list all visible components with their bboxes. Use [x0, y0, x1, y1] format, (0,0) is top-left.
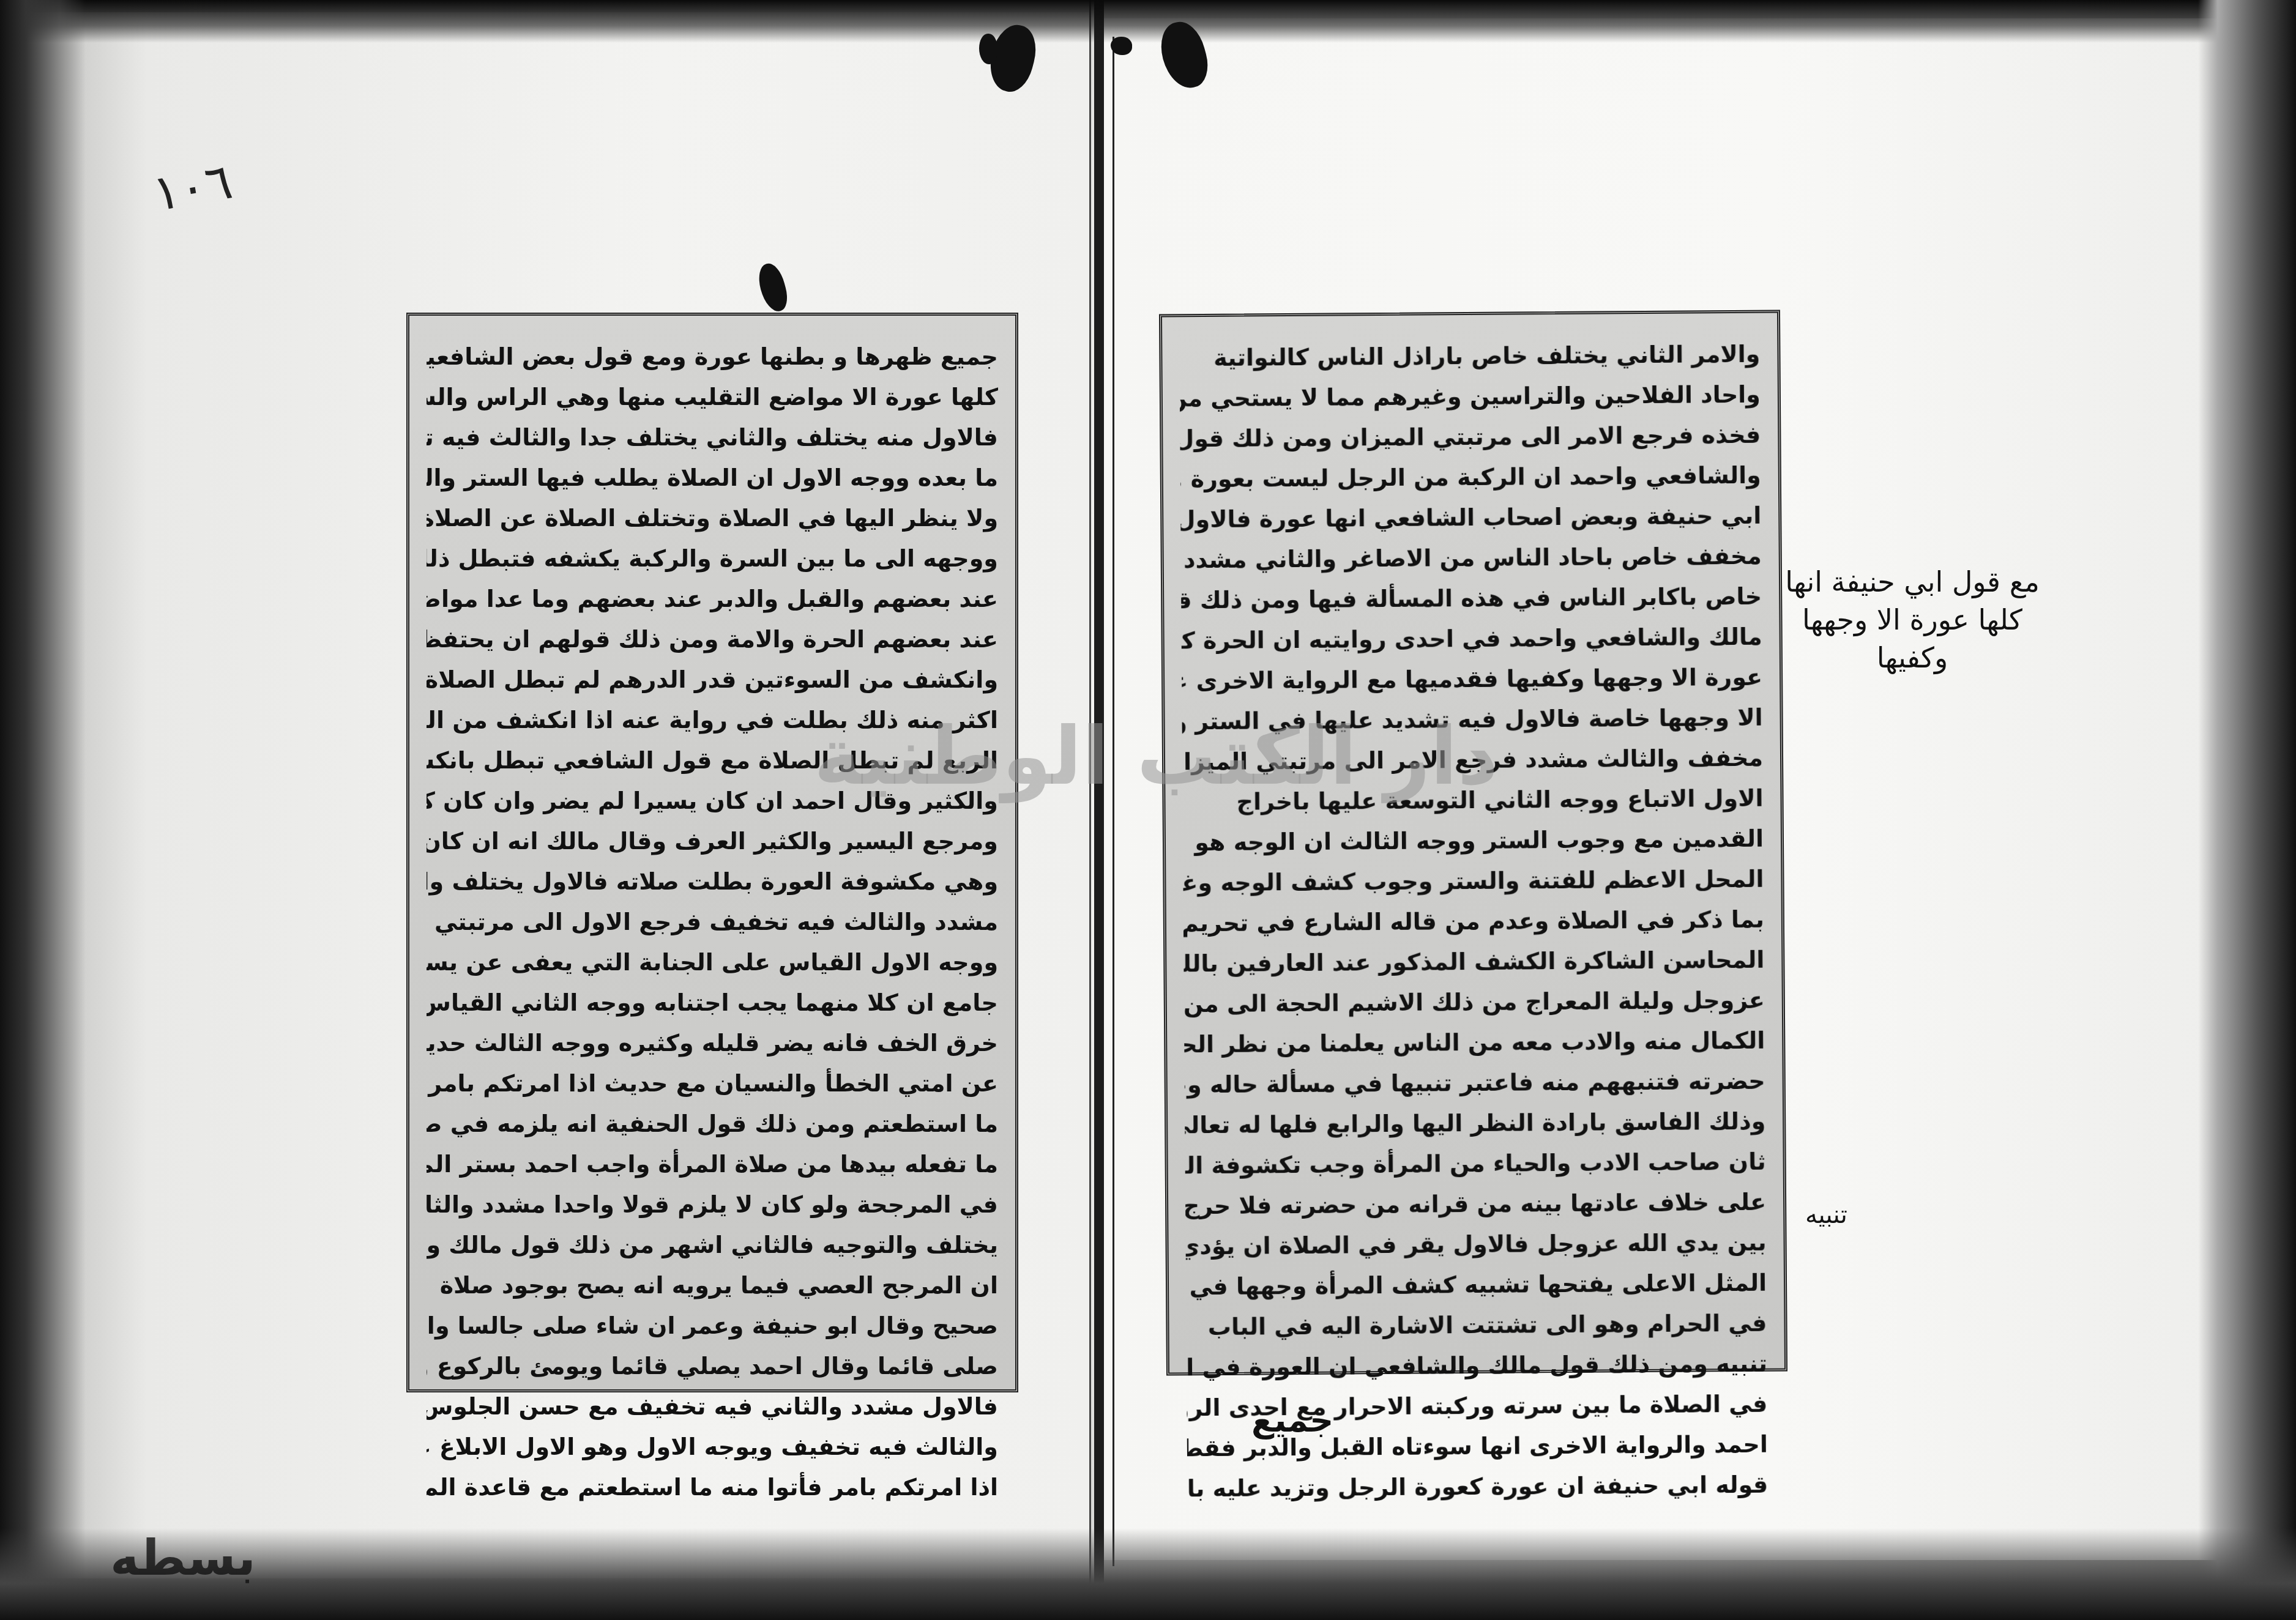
bottom-shadow	[0, 1528, 2296, 1620]
ink-blot-icon	[1111, 37, 1132, 55]
marginal-note-line: كلها عورة الا وجهها	[1772, 601, 2053, 639]
right-shadow	[2198, 0, 2296, 1620]
right-text-block: والامر الثاني يختلف خاص باراذل الناس كال…	[1159, 310, 1787, 1375]
ink-blot-icon	[979, 34, 997, 64]
marginal-note-tanbih: تنبيه	[1805, 1196, 1847, 1234]
manuscript-line: خاص باكابر الناس في هذه المسألة فيها ومن…	[1181, 576, 1762, 621]
manuscript-line: اذا امرتكم بامر فأتوا منه ما استطعتم مع …	[427, 1467, 998, 1507]
catchword: جميع	[1251, 1401, 1333, 1440]
manuscript-line: ما تفعله بيدها من صلاة المرأة واجب احمد …	[427, 1144, 998, 1184]
manuscript-line: مالك والشافعي واحمد في احدى روايتيه ان ا…	[1181, 617, 1762, 661]
marginal-note-line: مع قول ابي حنيفة انها	[1772, 563, 2053, 601]
manuscript-line: فالاول منه يختلف والثاني يختلف جدا والثا…	[427, 417, 998, 458]
manuscript-line: المثل الاعلى يفتحها تشبيه كشف المرأة وجه…	[1186, 1263, 1767, 1307]
manuscript-line: صلى قائما وقال احمد يصلي قائما ويومئ بال…	[427, 1346, 998, 1386]
marginal-note: مع قول ابي حنيفة انها كلها عورة الا وجهه…	[1772, 563, 2053, 677]
manuscript-line: جامع ان كلا منهما يجب اجتنابه ووجه الثان…	[427, 983, 998, 1023]
manuscript-line: عند بعضهم الحرة والامة ومن ذلك قولهم ان …	[427, 619, 998, 660]
manuscript-line: عورة الا وجهها وكفيها فقدميها مع الرواية…	[1182, 657, 1762, 702]
manuscript-line: ما بعده ووجه الاول ان الصلاة يطلب فيها ا…	[427, 458, 998, 498]
manuscript-line: ومرجع اليسير والكثير العرف وقال مالك انه…	[427, 821, 998, 861]
manuscript-line: الكمال منه والادب معه من الناس يعلمنا من…	[1184, 1020, 1765, 1065]
manuscript-line: في المرجحة ولو كان لا يلزم قولا واحدا مش…	[427, 1184, 998, 1225]
manuscript-line: واحاد الفلاحين والتراسين وغيرهم مما لا ي…	[1180, 374, 1761, 419]
manuscript-line: عن امتي الخطأ والنسيان مع حديث اذا امرتك…	[427, 1063, 998, 1104]
manuscript-line: ثان صاحب الادب والحياء من المرأة وجب تكش…	[1185, 1142, 1765, 1186]
manuscript-line: على خلاف عادتها بينه من قرانه من حضرته ف…	[1185, 1182, 1766, 1227]
marginal-note-line: وكفيها	[1772, 639, 2053, 677]
manuscript-line: المحاسن الشاكرة الكشف المذكور عند العارف…	[1183, 940, 1764, 984]
book-spine	[1094, 0, 1104, 1620]
manuscript-line: فخذه فرجع الامر الى مرتبتي الميزان ومن ذ…	[1180, 415, 1761, 459]
manuscript-line: ووجه الاول القياس على الجنابة التي يعفى …	[427, 942, 998, 983]
library-watermark: دار الكتب الوطنية	[814, 710, 1499, 803]
top-shadow	[0, 0, 2296, 43]
manuscript-line: بما ذكر في الصلاة وعدم من قاله الشارع في…	[1183, 899, 1764, 944]
page-edge-rule	[1089, 0, 1091, 1620]
manuscript-line: يختلف والتوجيه فالثاني اشهر من ذلك قول م…	[427, 1225, 998, 1265]
manuscript-line: ووجهه الى ما بين السرة والركبة يكشفه فتب…	[427, 538, 998, 579]
manuscript-line: وانكشف من السوءتين قدر الدرهم لم تبطل ال…	[427, 660, 998, 700]
left-shadow	[0, 0, 86, 1620]
manuscript-line: خرق الخف فانه يضر قليله وكثيره ووجه الثا…	[427, 1023, 998, 1063]
manuscript-line: قوله ابي حنيفة ان عورة كعورة الرجل وتزيد…	[1187, 1465, 1768, 1509]
manuscript-line: حضرته فتنبههم منه فاعتبر تنبيها في مسألة…	[1185, 1061, 1765, 1105]
manuscript-line: ابي حنيفة وبعض اصحاب الشافعي انها عورة ف…	[1180, 496, 1761, 540]
manuscript-line: عزوجل وليلة المعراج من ذلك الاشيم الحجة …	[1184, 980, 1765, 1025]
left-text-lines: جميع ظهرها و بطنها عورة ومع قول بعض الشا…	[427, 336, 998, 1507]
manuscript-line: وهي مكشوفة العورة بطلت صلاته فالاول يختل…	[427, 861, 998, 902]
manuscript-line: القدمين مع وجوب الستر ووجه الثالث ان الو…	[1183, 819, 1764, 863]
manuscript-line: فالاول مشدد والثاني فيه تخفيف مع حسن الج…	[427, 1386, 998, 1427]
manuscript-line: وذلك الفاسق بارادة النظر اليها والرابع ف…	[1185, 1101, 1765, 1146]
manuscript-line: صحيح وقال ابو حنيفة وعمر ان شاء صلى جالس…	[427, 1306, 998, 1346]
manuscript-line: والامر الثاني يختلف خاص باراذل الناس كال…	[1179, 334, 1760, 379]
manuscript-line: في الحرام وهو الى تشتتت الاشارة اليه في …	[1186, 1303, 1767, 1348]
bottom-scribble: بسطه	[110, 1529, 256, 1586]
manuscript-line: جميع ظهرها و بطنها عورة ومع قول بعض الشا…	[427, 336, 998, 377]
manuscript-line: تنبيه ومن ذلك قول مالك والشافعي ان العور…	[1187, 1343, 1767, 1388]
manuscript-line: المحل الاعظم للفتنة والستر وجوب كشف الوج…	[1183, 859, 1764, 904]
manuscript-line: بين يدي الله عزوجل فالاول يقر في الصلاة …	[1185, 1222, 1766, 1267]
right-text-lines: والامر الثاني يختلف خاص باراذل الناس كال…	[1179, 334, 1768, 1509]
manuscript-line: والشافعي واحمد ان الركبة من الرجل ليست ب…	[1180, 455, 1761, 500]
manuscript-line: عند بعضهم والقبل والدبر عند بعضهم وما عد…	[427, 579, 998, 619]
manuscript-line: كلها عورة الا مواضع التقليب منها وهي الر…	[427, 377, 998, 417]
manuscript-line: ولا ينظر اليها في الصلاة وتختلف الصلاة ع…	[427, 498, 998, 538]
manuscript-line: ما استطعتم ومن ذلك قول الحنفية انه يلزمه…	[427, 1104, 998, 1144]
manuscript-line: مشدد والثالث فيه تخفيف فرجع الاول الى مر…	[427, 902, 998, 942]
manuscript-line: ان المرجح العصي فيما يرويه انه يصح بوجود…	[427, 1265, 998, 1306]
manuscript-line: مخفف خاص باحاد الناس من الاصاغر والثاني …	[1181, 536, 1762, 581]
left-text-block: جميع ظهرها و بطنها عورة ومع قول بعض الشا…	[406, 313, 1018, 1392]
manuscript-line: والثالث فيه تخفيف ويوجه الاول وهو الاول …	[427, 1427, 998, 1467]
